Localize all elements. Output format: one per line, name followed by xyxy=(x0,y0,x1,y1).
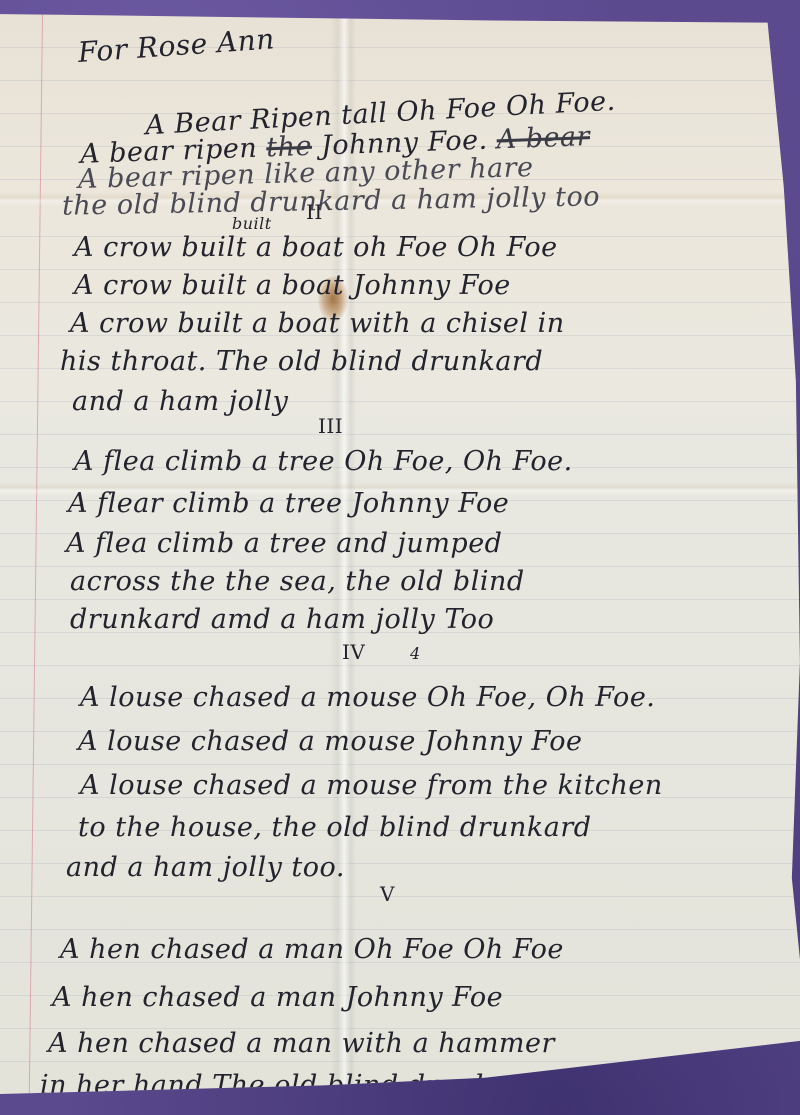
verse-3-line-3: A flea climb a tree and jumped xyxy=(66,528,502,559)
verse-4-numeral: IV xyxy=(342,640,365,664)
verse-2-line-1: A crow built a boat oh Foe Oh Foe xyxy=(74,232,558,263)
verse-5-line-3: A hen chased a man with a hammer xyxy=(48,1028,555,1059)
continuation-note: over xyxy=(340,1102,378,1115)
verse-2-line-3: A crow built a boat with a chisel in xyxy=(70,308,565,339)
verse-4-line-3: A louse chased a mouse from the kitchen xyxy=(80,770,663,801)
struck-word: A bear xyxy=(496,121,590,155)
verse-3-line-1: A flea climb a tree Oh Foe, Oh Foe. xyxy=(74,446,573,477)
verse-2-correction-inserted: built xyxy=(232,214,272,233)
verse-3-line-5: drunkard amd a ham jolly Too xyxy=(70,604,494,635)
verse-3-line-4: across the the sea, the old blind xyxy=(70,566,525,597)
verse-2-line-5: and a ham jolly xyxy=(72,386,288,417)
verse-4-line-5: and a ham jolly too. xyxy=(66,852,345,883)
verse-4-line-1: A louse chased a mouse Oh Foe, Oh Foe. xyxy=(80,682,655,713)
verse-5-numeral: V xyxy=(380,882,395,906)
verse-2-numeral: II xyxy=(306,200,323,224)
verse-3-numeral: III xyxy=(318,414,343,438)
verse-3-line-2: A flear climb a tree Johnny Foe xyxy=(68,488,509,519)
verse-4-numeral-note: 4 xyxy=(410,644,421,663)
verse-4-line-4: to the house, the old blind drunkard xyxy=(78,812,592,843)
verse-4-line-2: A louse chased a mouse Johnny Foe xyxy=(78,726,583,757)
verse-5-line-1: A hen chased a man Oh Foe Oh Foe xyxy=(60,934,564,965)
verse-5-line-4: in her hand The old blind drunkard xyxy=(40,1070,539,1101)
verse-2-line-2: A crow built a boat Johnny Foe xyxy=(74,270,511,301)
verse-2-line-4: his throat. The old blind drunkard xyxy=(60,346,543,377)
verse-5-line-2: A hen chased a man Johnny Foe xyxy=(52,982,503,1013)
handwritten-letter: For Rose Ann A Bear Ripen tall Oh Foe Oh… xyxy=(0,14,800,1094)
